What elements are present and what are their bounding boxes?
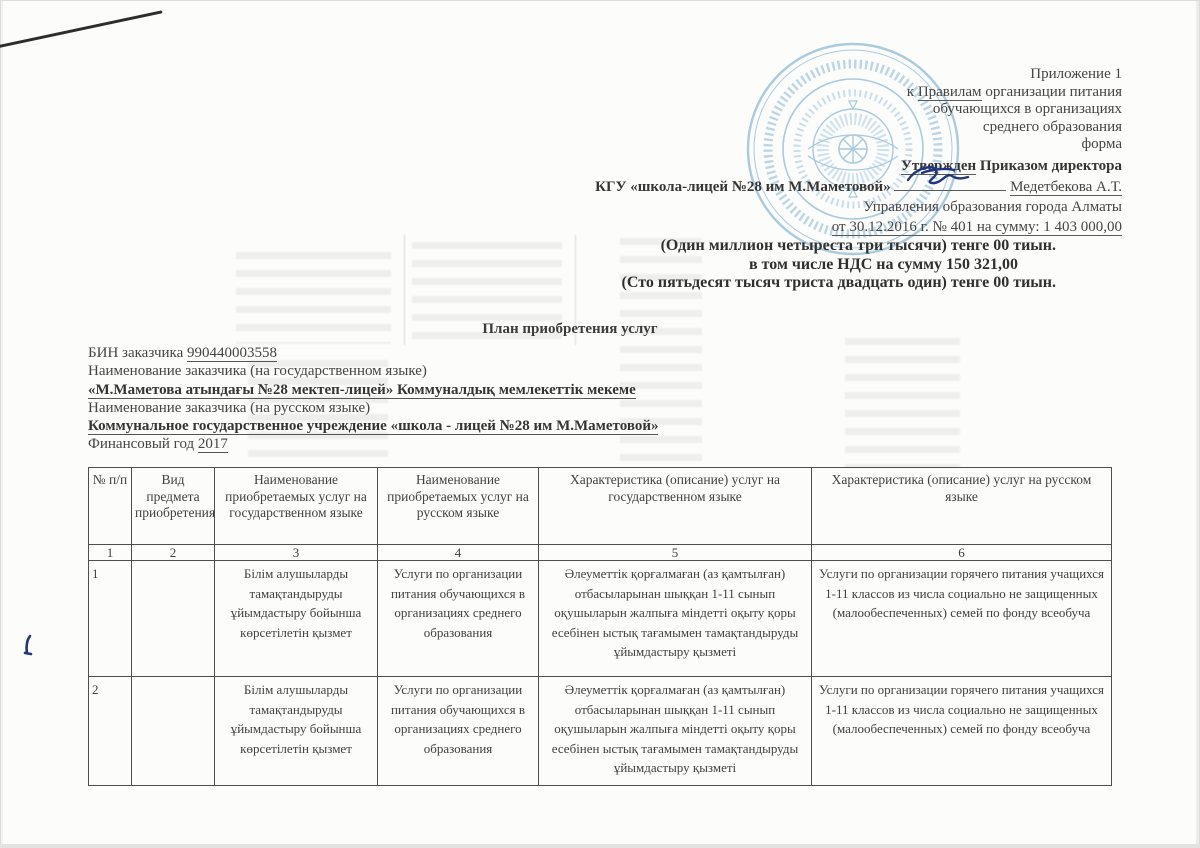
appendix-line: Приложение 1 [502, 66, 1122, 84]
approved-by-line: Утвержден Приказом директора [482, 156, 1122, 176]
page-title: План приобретения услуг [0, 321, 1140, 338]
vat-amount: в том числе НДС на сумму 150 321,00 [482, 256, 1122, 275]
customer-block: БИН заказчика 990440003558 Наименование … [88, 344, 848, 454]
cell-desc-ru: Услуги по организации горячего питания у… [812, 561, 1112, 677]
approval-block: Утвержден Приказом директора КГУ «школа-… [482, 156, 1122, 293]
customer-name-kz: «М.Маметова атындағы №28 мектеп-лицей» К… [88, 381, 848, 399]
header-cell-name-kz: Наименование приобретаемых услуг на госу… [215, 468, 378, 545]
column-number: 5 [539, 545, 812, 561]
column-number: 3 [215, 545, 378, 561]
header-cell-desc-kz: Характеристика (описание) услуг на госуд… [539, 468, 812, 545]
cell-name-ru: Услуги по организации питания обучающихс… [378, 561, 539, 677]
director-name: Медетбекова А.Т. [1010, 179, 1122, 196]
header-cell-num: № п/п [89, 468, 132, 545]
organization-name: КГУ «школа-лицей №28 им М.Маметовой» [595, 179, 891, 195]
column-number: 4 [378, 545, 539, 561]
cell-kind [132, 561, 215, 677]
customer-name-ru: Коммунальное государственное учреждение … [88, 417, 848, 435]
appendix-line: среднего образования [502, 119, 1122, 137]
appendix-line: к Правилам организации питания [502, 84, 1122, 102]
cell-name-kz: Білім алушыларды тамақтандыруды ұйымдаст… [215, 677, 378, 786]
procurement-plan-table: № п/п Вид предмета приобретения Наименов… [88, 467, 1112, 786]
cell-name-kz: Білім алушыларды тамақтандыруды ұйымдаст… [215, 561, 378, 677]
organization-signature-line: КГУ «школа-лицей №28 им М.Маметовой» Мед… [482, 176, 1122, 197]
cell-num: 1 [89, 561, 132, 677]
ink-mark [22, 634, 36, 656]
column-number: 6 [812, 545, 1112, 561]
scanned-document-page: Приложение 1 к Правилам организации пита… [0, 0, 1200, 848]
cell-desc-kz: Әлеуметтік қорғалмаған (аз қамтылған) от… [539, 677, 812, 786]
cell-kind [132, 677, 215, 786]
customer-name-ru-label: Наименование заказчика (на русском языке… [88, 399, 848, 417]
customer-bin: БИН заказчика 990440003558 [88, 344, 848, 362]
column-number: 2 [132, 545, 215, 561]
column-number-row: 1 2 3 4 5 6 [89, 545, 1112, 561]
order-line: от 30.12.2016 г. № 401 на сумму: 1 403 0… [482, 217, 1122, 237]
scan-corner-artifact [0, 10, 163, 49]
cell-desc-kz: Әлеуметтік қорғалмаған (аз қамтылған) от… [539, 561, 812, 677]
header-cell-desc-ru: Характеристика (описание) услуг на русск… [812, 468, 1112, 545]
sum-in-words: (Один миллион четыреста три тысячи) тенг… [482, 237, 1122, 256]
department-line: Управления образования города Алматы [482, 197, 1122, 217]
appendix-line: форма [502, 136, 1122, 154]
scan-bottom-edge [0, 844, 1200, 848]
appendix-line: обучающихся в организациях [502, 101, 1122, 119]
table-header-row: № п/п Вид предмета приобретения Наименов… [89, 468, 1112, 545]
handwritten-signature [902, 160, 972, 190]
bleed-through-block [845, 338, 960, 468]
signature-slot [894, 176, 1006, 191]
customer-name-kz-label: Наименование заказчика (на государственн… [88, 362, 848, 380]
appendix-block: Приложение 1 к Правилам организации пита… [502, 66, 1122, 154]
table-row: 1 Білім алушыларды тамақтандыруды ұйымда… [89, 561, 1112, 677]
header-cell-kind: Вид предмета приобретения [132, 468, 215, 545]
column-number: 1 [89, 545, 132, 561]
header-cell-name-ru: Наименование приобретаемых услуг на русс… [378, 468, 539, 545]
cell-name-ru: Услуги по организации питания обучающихс… [378, 677, 539, 786]
vat-in-words: (Сто пятьдесят тысяч триста двадцать оди… [482, 274, 1122, 293]
fiscal-year: Финансовый год 2017 [88, 435, 848, 453]
cell-num: 2 [89, 677, 132, 786]
cell-desc-ru: Услуги по организации горячего питания у… [812, 677, 1112, 786]
table-row: 2 Білім алушыларды тамақтандыруды ұйымда… [89, 677, 1112, 786]
